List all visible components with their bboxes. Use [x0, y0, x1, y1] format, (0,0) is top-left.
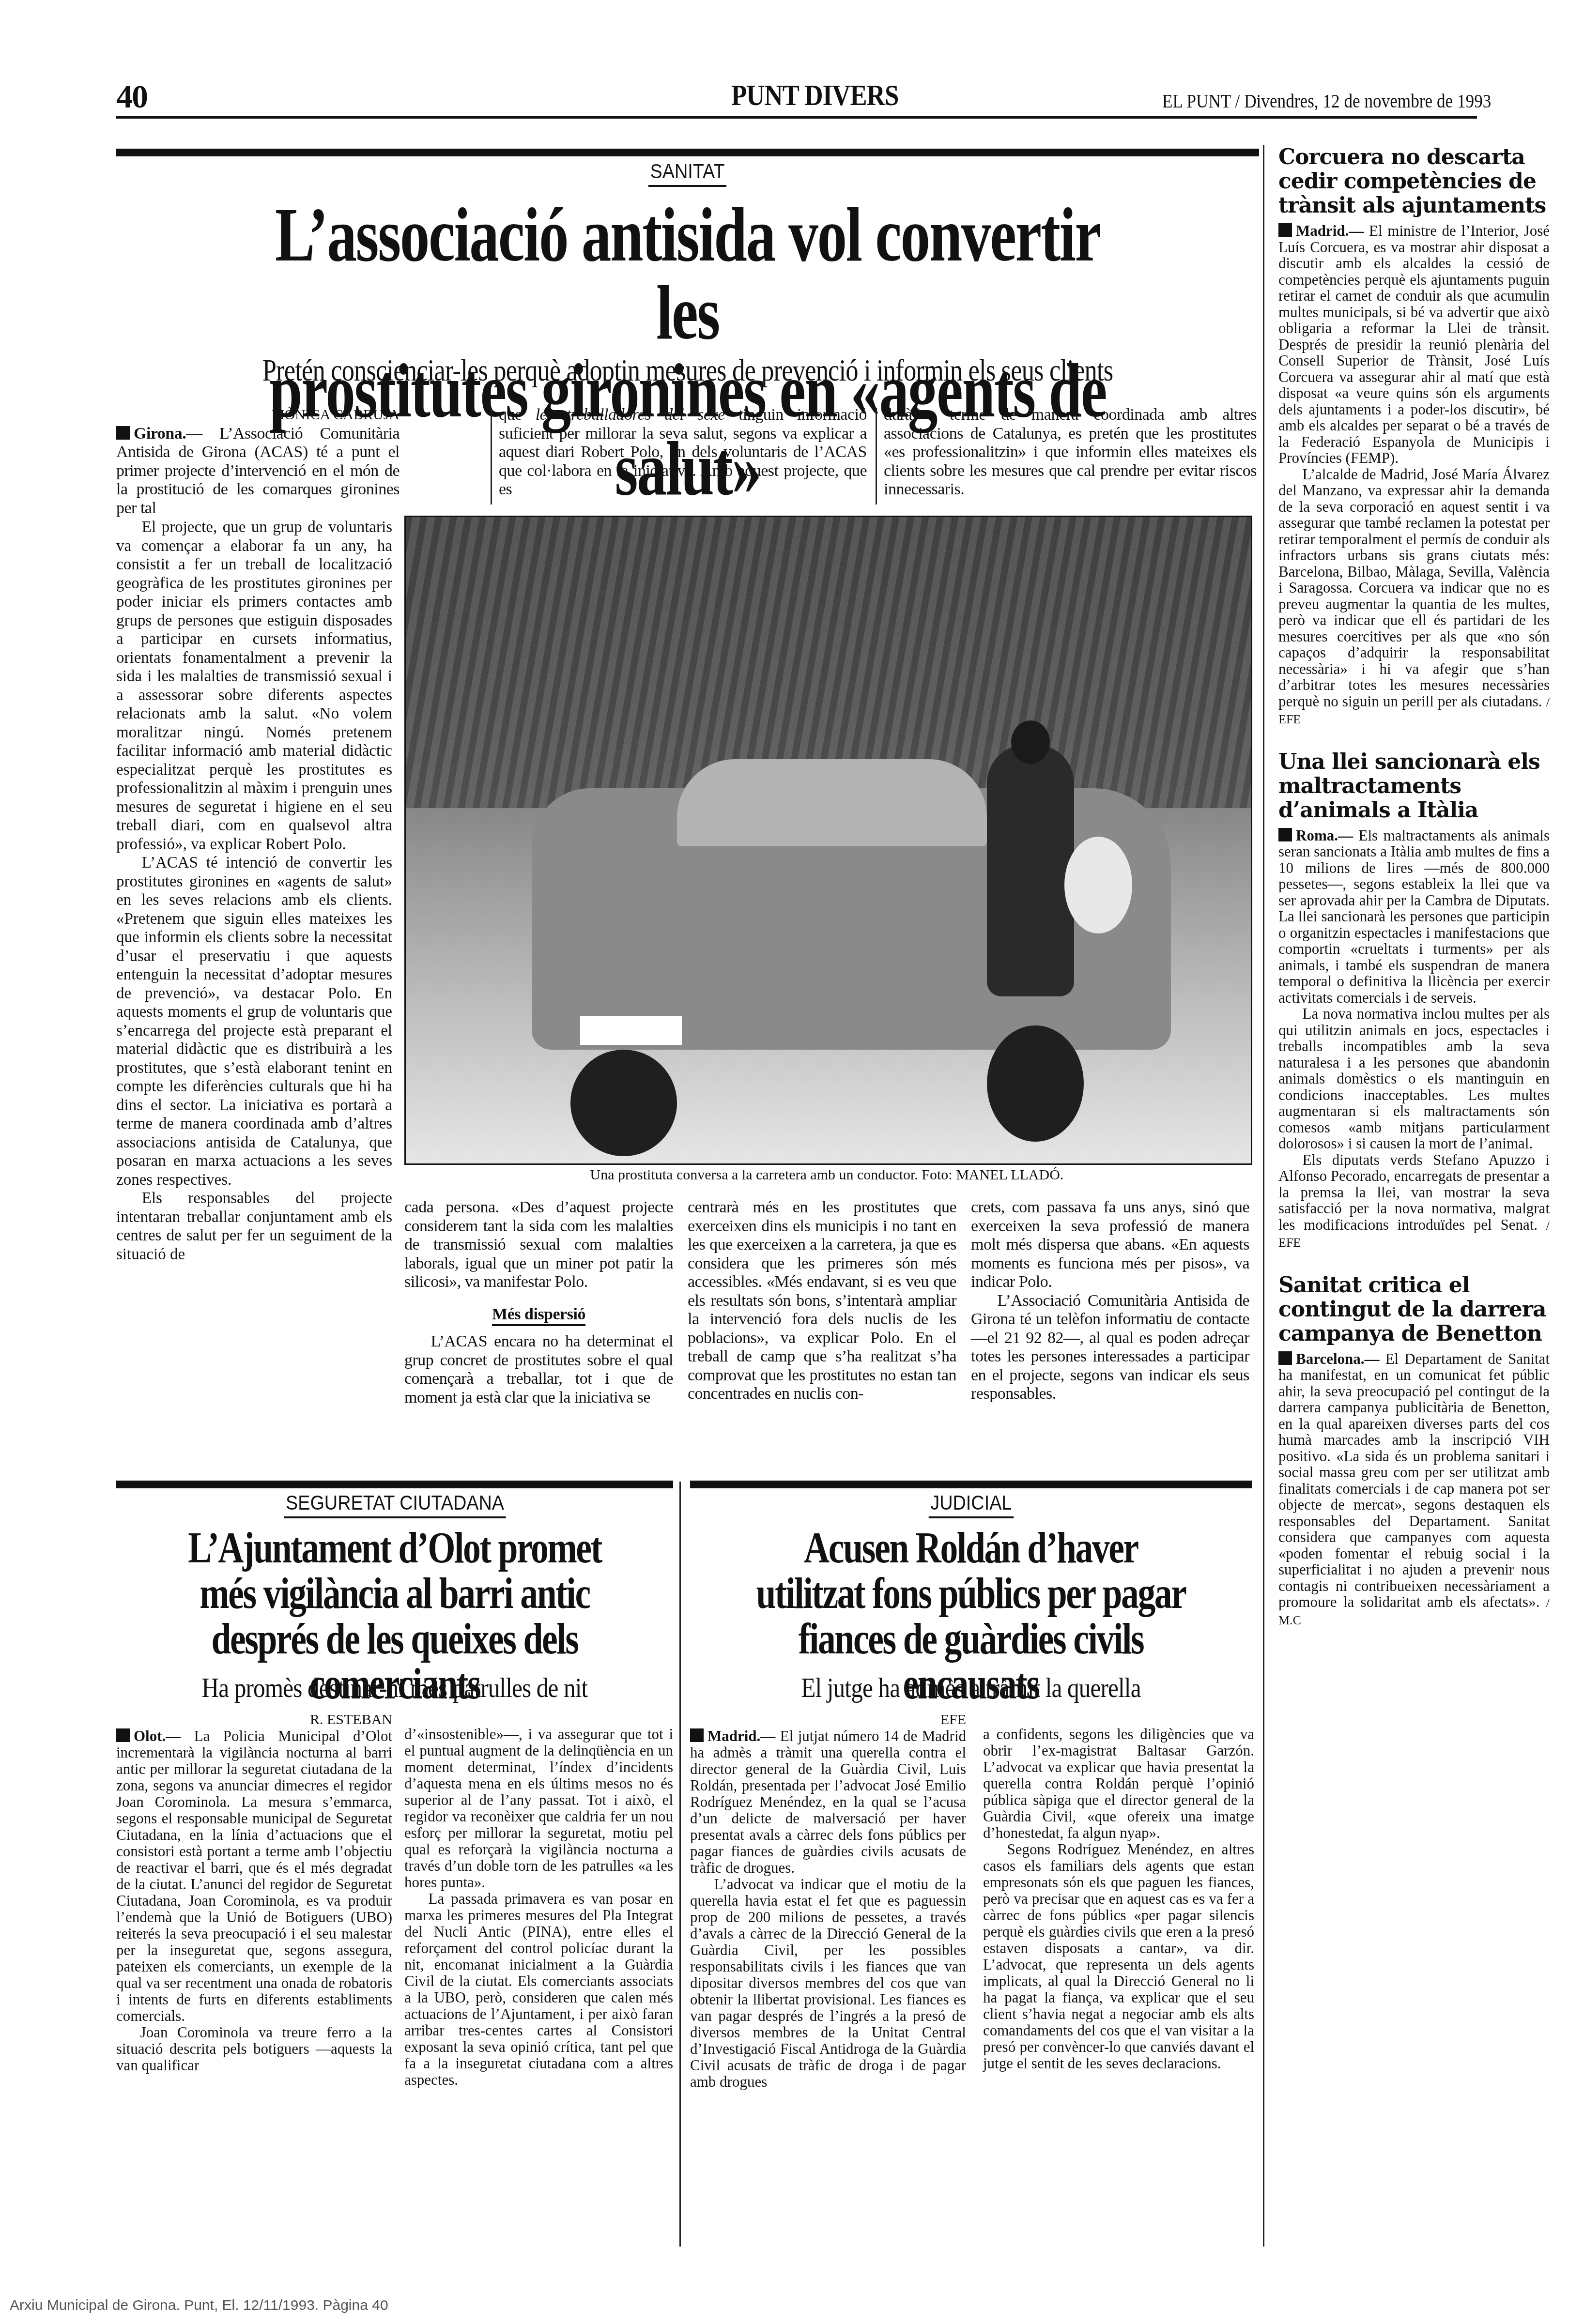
body-column-3: centrarà més en les prostitutes que exer… [688, 1198, 956, 1404]
car-windshield [677, 759, 987, 846]
main-deck: Pretén conscienciar-les perquè adoptin m… [116, 352, 1259, 388]
sidebar-story-3: Barcelona.— El Departament de Sanitat ha… [1278, 1351, 1550, 1629]
column-divider [679, 1482, 681, 2247]
section-bar [116, 149, 1259, 156]
roldan-column-2: a confidents, segons les diligències que… [983, 1726, 1254, 2072]
bullet-square-icon [1278, 223, 1292, 237]
sidebar-story-1: Madrid.— El ministre de l’Interior, José… [1278, 223, 1550, 728]
lead-column-1: MÒNICA CABRUJA Girona.— L’Associació Com… [116, 406, 400, 518]
kicker-seguretat: SEGURETAT CIUTADANA [116, 1491, 673, 1518]
bullet-square-icon [116, 426, 130, 440]
column-divider [876, 408, 877, 505]
olot-column-1: R. ESTEBAN Olot.— La Policia Municipal d… [116, 1712, 392, 2074]
section-bar [690, 1481, 1252, 1488]
person-head [1011, 720, 1050, 764]
bullet-square-icon [1278, 1351, 1292, 1365]
sidebar: Corcuera no descarta cedir competències … [1278, 145, 1550, 1628]
header-rule [116, 116, 1477, 119]
olot-column-2: d’«insostenible»—, i va assegurar que to… [404, 1726, 673, 2088]
bullet-square-icon [116, 1728, 130, 1742]
lead-column-3: durà a terme de manera coordinada amb al… [884, 406, 1257, 499]
person-figure [987, 745, 1074, 996]
bullet-square-icon [1278, 828, 1292, 841]
lead-column-2: que les treballadores del sexe tinguin i… [499, 406, 867, 499]
sidebar-divider [1263, 145, 1264, 2247]
roldan-column-1: EFE Madrid.— El jutjat número 14 de Madr… [690, 1712, 966, 2090]
dateline: EL PUNT / Divendres, 12 de novembre de 1… [1162, 90, 1491, 112]
archive-note: Arxiu Municipal de Girona. Punt, El. 12/… [10, 2297, 388, 2314]
car-wheel [570, 1050, 677, 1156]
kicker-judicial: JUDICIAL [690, 1491, 1252, 1518]
roldan-deck: El jutge ha admès a tràmit la querella [690, 1673, 1252, 1704]
car-wheel [987, 1025, 1084, 1142]
olot-deck: Ha promès destinar-hi més patrulles de n… [116, 1673, 673, 1704]
page-number: 40 [116, 77, 147, 116]
subhead: Més dispersió [404, 1305, 673, 1324]
section-bar [116, 1481, 673, 1488]
section-title: PUNT DIVERS [731, 78, 898, 113]
license-plate [580, 1016, 682, 1045]
bullet-square-icon [690, 1728, 704, 1742]
body-left-column: El projecte, que un grup de voluntaris v… [116, 518, 392, 1264]
body-column-4: crets, com passava fa uns anys, sinó que… [971, 1198, 1249, 1404]
byline: MÒNICA CABRUJA [116, 406, 400, 425]
handbag [1064, 837, 1132, 933]
news-photo [404, 516, 1252, 1165]
body-column-2: cada persona. «Des d’aquest projecte con… [404, 1198, 673, 1407]
photo-caption: Una prostituta conversa a la carretera a… [404, 1167, 1249, 1183]
sidebar-headline-3: Sanitat critica el contingut de la darre… [1278, 1273, 1550, 1346]
sidebar-story-2: Roma.— Els maltractaments als animals se… [1278, 827, 1550, 1251]
sidebar-headline-1: Corcuera no descarta cedir competències … [1278, 145, 1550, 218]
kicker-sanitat: SANITAT [116, 160, 1259, 187]
column-divider [491, 408, 492, 505]
sidebar-headline-2: Una llei sancionarà els maltractaments d… [1278, 750, 1550, 823]
